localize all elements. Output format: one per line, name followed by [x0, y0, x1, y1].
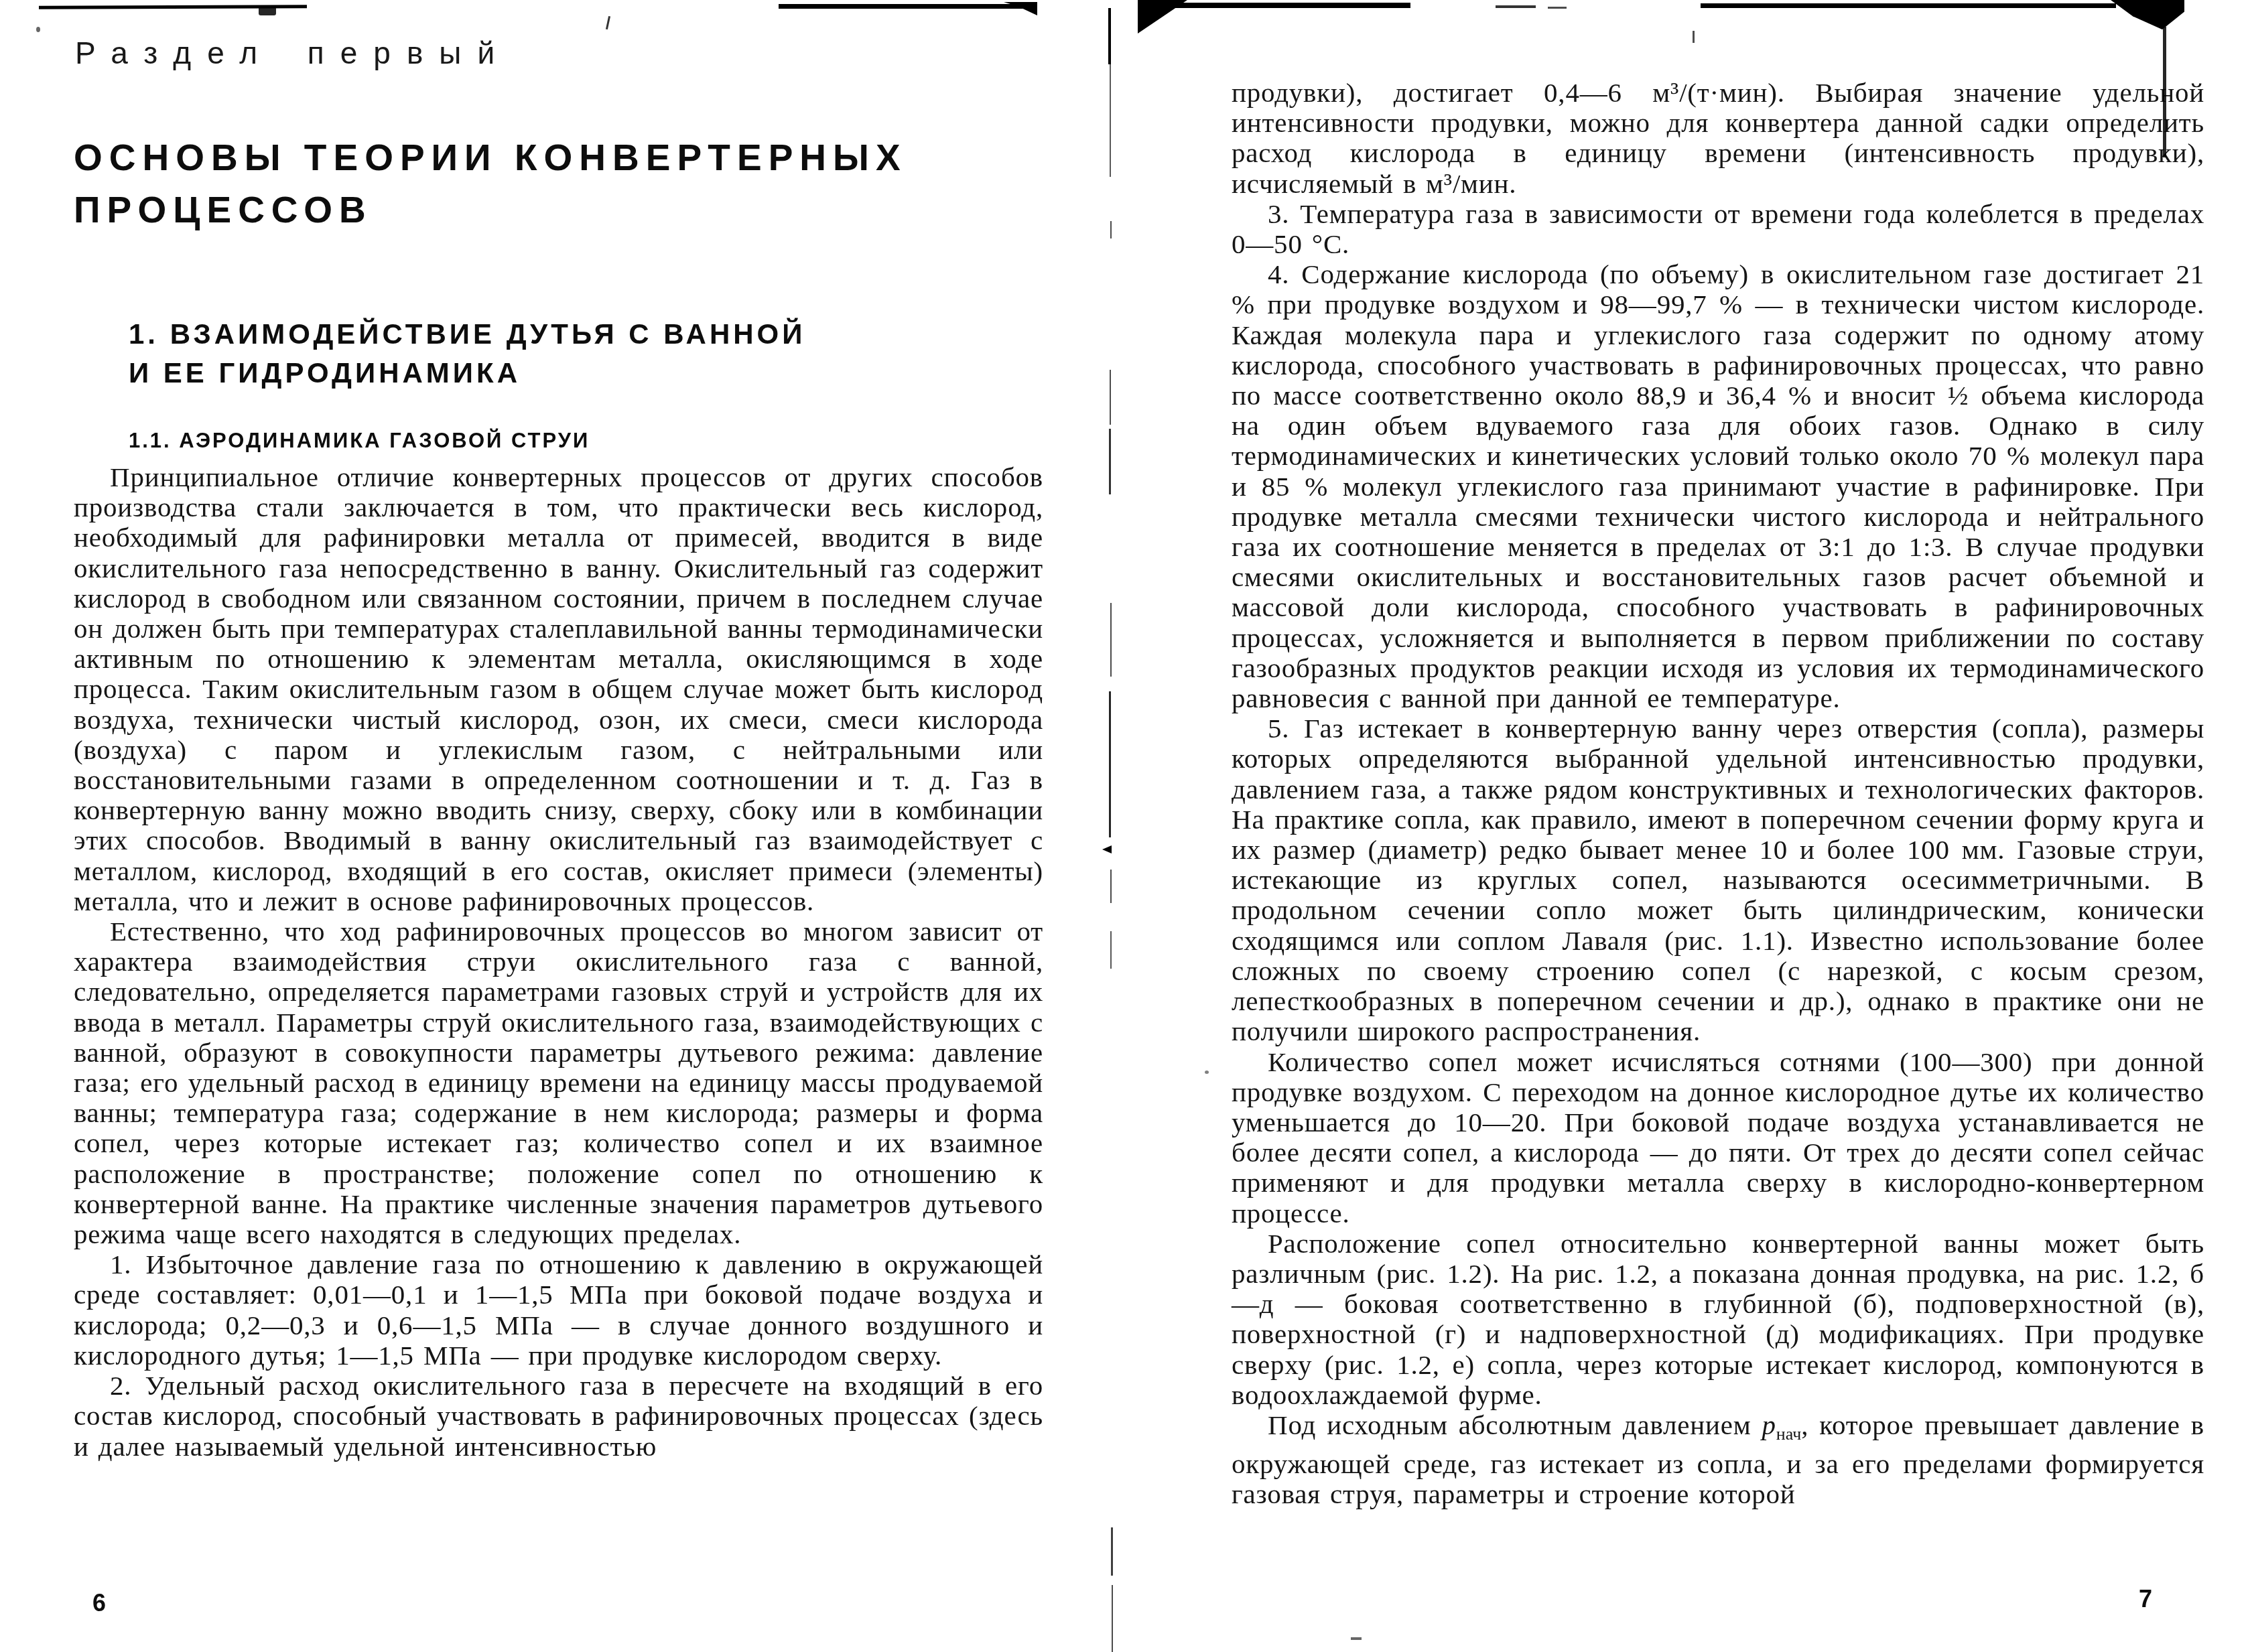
chapter-title-line2: И ЕЕ ГИДРОДИНАМИКА: [129, 354, 805, 393]
page-fold-segment: [1111, 1527, 1113, 1576]
part-title-line2: ПРОЦЕССОВ: [74, 184, 907, 236]
book-scan-spread: { "book": { "left_page": { "kicker": "Ра…: [0, 0, 2246, 1652]
paragraph: 3. Температура газа в зависимости от вре…: [1232, 199, 2204, 259]
scan-artifact-dot: [36, 27, 40, 32]
page-fold-segment: [1110, 931, 1112, 969]
page-fold-segment: [1109, 691, 1111, 837]
paragraph: 2. Удельный расход окислительного газа в…: [74, 1371, 1043, 1462]
chapter-title-line1: 1. ВЗАИМОДЕЙСТВИЕ ДУТЬЯ С ВАННОЙ: [129, 315, 805, 354]
left-page-body: Принципиальное отличие конвертерных проц…: [74, 462, 1043, 1462]
section-kicker: Раздел первый: [75, 35, 511, 71]
scan-artifact-tick: [1693, 31, 1695, 43]
page-fold-segment: [1110, 603, 1112, 677]
paragraph: 5. Газ истекает в конвертерную ванну чер…: [1232, 713, 2204, 1046]
page-fold-segment: [1110, 64, 1111, 177]
scan-artifact-dot: [1205, 1071, 1209, 1074]
page-fold-segment: [1110, 370, 1111, 425]
scan-artifact-corner-blob: [2111, 0, 2184, 29]
scan-artifact-top-left-smudge: [259, 7, 276, 15]
page-fold-arrow-mark: [1102, 845, 1112, 853]
paragraph-with-formula: Под исходным абсолютным давлением рнач, …: [1232, 1410, 2204, 1510]
page-fold-segment: [1110, 870, 1112, 903]
scan-artifact-tick: [606, 16, 610, 29]
scan-artifact-corner-line: [2163, 27, 2166, 157]
paragraph: Количество сопел может исчисляться сотня…: [1232, 1047, 2204, 1229]
scan-artifact-top-right-streak: [1142, 3, 1410, 8]
scan-artifact-top-dash: [1548, 7, 1567, 9]
paragraph: Расположение сопел относительно конверте…: [1232, 1229, 2204, 1410]
scan-artifact-top-streak: [1701, 3, 2116, 8]
part-title-line1: ОСНОВЫ ТЕОРИИ КОНВЕРТЕРНЫХ: [74, 131, 907, 184]
paragraph-text-pre: Под исходным абсолютным давлением: [1268, 1409, 1762, 1440]
scan-artifact-dash: [1351, 1637, 1362, 1640]
scan-artifact-top-dash: [1496, 5, 1536, 8]
page-fold-segment: [1110, 221, 1112, 238]
paragraph: 1. Избыточное давление газа по отношению…: [74, 1249, 1043, 1371]
right-page-number: 7: [2139, 1585, 2152, 1613]
right-page-body: продувки), достигает 0,4—6 м³/(т·мин). В…: [1232, 78, 2204, 1510]
page-fold-segment: [1112, 1585, 1113, 1652]
page-fold-segment: [1108, 8, 1111, 64]
scan-artifact-top-center-streak: [779, 4, 1033, 9]
pressure-subscript: нач: [1776, 1424, 1802, 1444]
chapter-title: 1. ВЗАИМОДЕЙСТВИЕ ДУТЬЯ С ВАННОЙ И ЕЕ ГИ…: [129, 315, 805, 393]
part-title: ОСНОВЫ ТЕОРИИ КОНВЕРТЕРНЫХ ПРОЦЕССОВ: [74, 131, 907, 236]
paragraph: Принципиальное отличие конвертерных проц…: [74, 462, 1043, 916]
page-fold-segment: [1109, 429, 1111, 494]
section-title: 1.1. АЭРОДИНАМИКА ГАЗОВОЙ СТРУИ: [129, 429, 590, 453]
paragraph: Естественно, что ход рафинировочных проц…: [74, 916, 1043, 1249]
left-page-number: 6: [92, 1589, 106, 1617]
paragraph: продувки), достигает 0,4—6 м³/(т·мин). В…: [1232, 78, 2204, 199]
paragraph: 4. Содержание кислорода (по объему) в ок…: [1232, 259, 2204, 713]
pressure-variable: р: [1762, 1409, 1776, 1440]
